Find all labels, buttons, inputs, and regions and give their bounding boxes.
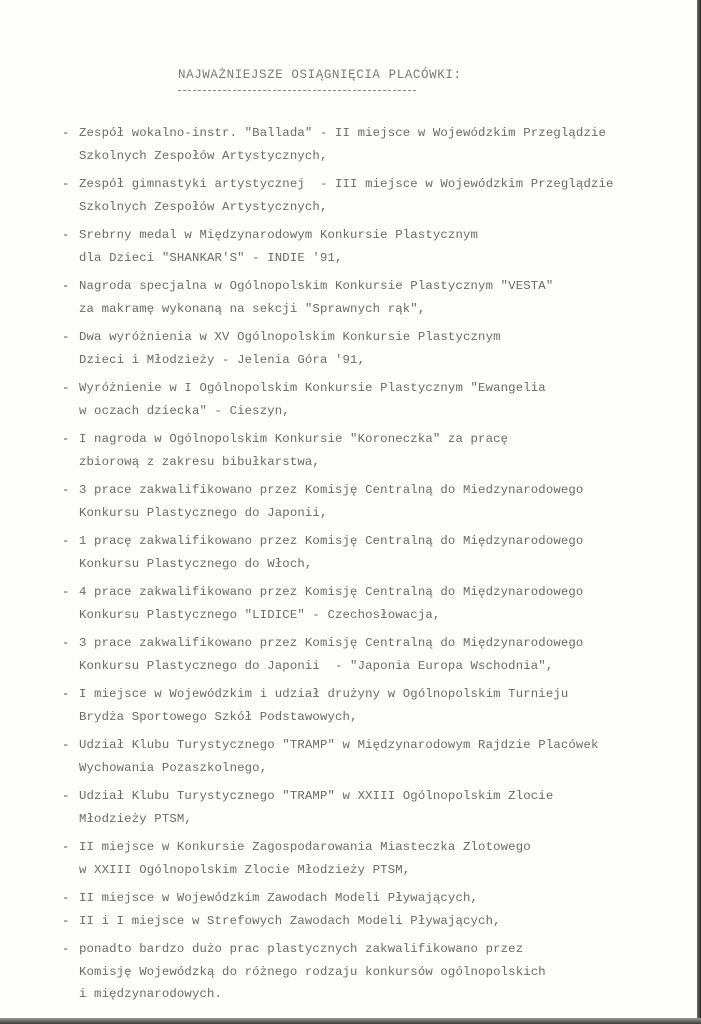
bullet-dash: -	[62, 938, 70, 961]
achievement-line: Wyróżnienie w I Ogólnopolskim Konkursie …	[79, 377, 682, 400]
document-page: NAJWAŻNIEJSZE OSIĄGNIĘCIA PLACÓWKI: -Zes…	[0, 0, 697, 1018]
bullet-dash: -	[62, 734, 70, 757]
achievement-line: Komisję Wojewódzką do różnego rodzaju ko…	[79, 961, 682, 984]
achievement-item: -3 prace zakwalifikowano przez Komisję C…	[62, 632, 682, 677]
achievement-item: -ponadto bardzo dużo prac plastycznych z…	[62, 938, 682, 1006]
bullet-dash: -	[62, 910, 70, 933]
achievement-line: i międzynarodowych.	[79, 983, 682, 1006]
achievement-line: I miejsce w Wojewódzkim i udział drużyny…	[79, 683, 682, 706]
achievement-line: Dzieci i Młodzieży - Jelenia Góra '91,	[79, 349, 682, 372]
achievement-line: w XXIII Ogólnopolskim Zlocie Młodzieży P…	[79, 859, 682, 882]
achievement-line: Brydża Sportowego Szkół Podstawowych,	[79, 706, 682, 729]
bullet-dash: -	[62, 122, 70, 145]
achievement-item: -I miejsce w Wojewódzkim i udział drużyn…	[62, 683, 682, 728]
achievement-line: Zespół wokalno-instr. "Ballada" - II mie…	[79, 122, 682, 145]
achievement-line: Dwa wyróżnienia w XV Ogólnopolskim Konku…	[79, 326, 682, 349]
achievement-item: -II i I miejsce w Strefowych Zawodach Mo…	[62, 910, 682, 933]
achievement-line: za makramę wykonaną na sekcji "Sprawnych…	[79, 298, 682, 321]
achievement-line: 4 prace zakwalifikowano przez Komisję Ce…	[79, 581, 682, 604]
achievement-item: -II miejsce w Konkursie Zagospodarowania…	[62, 836, 682, 881]
achievement-line: Szkolnych Zespołów Artystycznych,	[79, 196, 682, 219]
bullet-dash: -	[62, 377, 70, 400]
achievement-line: Wychowania Pozaszkolnego,	[79, 757, 682, 780]
bullet-dash: -	[62, 326, 70, 349]
achievement-item: -II miejsce w Wojewódzkim Zawodach Model…	[62, 887, 682, 910]
achievement-line: Zespół gimnastyki artystycznej - III mie…	[79, 173, 682, 196]
achievement-line: Nagroda specjalna w Ogólnopolskim Konkur…	[79, 275, 682, 298]
achievement-line: 3 prace zakwalifikowano przez Komisję Ce…	[79, 479, 682, 502]
achievement-line: I nagroda w Ogólnopolskim Konkursie "Kor…	[79, 428, 682, 451]
achievement-item: -3 prace zakwalifikowano przez Komisję C…	[62, 479, 682, 524]
achievement-item: -Dwa wyróżnienia w XV Ogólnopolskim Konk…	[62, 326, 682, 371]
achievement-line: II miejsce w Wojewódzkim Zawodach Modeli…	[79, 887, 682, 910]
achievement-item: -Nagroda specjalna w Ogólnopolskim Konku…	[62, 275, 682, 320]
bullet-dash: -	[62, 173, 70, 196]
title-underline	[178, 90, 416, 91]
bullet-dash: -	[62, 887, 70, 910]
achievement-line: Srebrny medal w Międzynarodowym Konkursi…	[79, 224, 682, 247]
achievement-line: Konkursu Plastycznego do Japonii,	[79, 502, 682, 525]
achievement-line: Konkursu Plastycznego do Włoch,	[79, 553, 682, 576]
bullet-dash: -	[62, 479, 70, 502]
bullet-dash: -	[62, 275, 70, 298]
bullet-dash: -	[62, 224, 70, 247]
achievement-line: Młodzieży PTSM,	[79, 808, 682, 831]
page-edge-bottom	[0, 1018, 701, 1024]
achievement-line: Szkolnych Zespołów Artystycznych,	[79, 145, 682, 168]
page-edge-right	[697, 0, 701, 1024]
achievements-list: -Zespół wokalno-instr. "Ballada" - II mi…	[62, 122, 682, 1012]
achievement-line: Udział Klubu Turystycznego "TRAMP" w Mię…	[79, 734, 682, 757]
achievement-line: 1 pracę zakwalifikowano przez Komisję Ce…	[79, 530, 682, 553]
bullet-dash: -	[62, 683, 70, 706]
achievement-line: Konkursu Plastycznego do Japonii - "Japo…	[79, 655, 682, 678]
achievement-line: zbiorową z zakresu bibułkarstwa,	[79, 451, 682, 474]
document-title: NAJWAŻNIEJSZE OSIĄGNIĘCIA PLACÓWKI:	[178, 68, 462, 82]
achievement-item: -Srebrny medal w Międzynarodowym Konkurs…	[62, 224, 682, 269]
bullet-dash: -	[62, 530, 70, 553]
bullet-dash: -	[62, 785, 70, 808]
achievement-line: Udział Klubu Turystycznego "TRAMP" w XXI…	[79, 785, 682, 808]
achievement-item: -Udział Klubu Turystycznego "TRAMP" w XX…	[62, 785, 682, 830]
achievement-line: II i I miejsce w Strefowych Zawodach Mod…	[79, 910, 682, 933]
achievement-item: -Zespół wokalno-instr. "Ballada" - II mi…	[62, 122, 682, 167]
achievement-item: -Udział Klubu Turystycznego "TRAMP" w Mi…	[62, 734, 682, 779]
bullet-dash: -	[62, 428, 70, 451]
achievement-line: dla Dzieci "SHANKAR'S" - INDIE '91,	[79, 247, 682, 270]
bullet-dash: -	[62, 632, 70, 655]
achievement-line: Konkursu Plastycznego "LIDICE" - Czechos…	[79, 604, 682, 627]
achievement-item: -Wyróżnienie w I Ogólnopolskim Konkursie…	[62, 377, 682, 422]
achievement-line: 3 prace zakwalifikowano przez Komisję Ce…	[79, 632, 682, 655]
achievement-item: -1 pracę zakwalifikowano przez Komisję C…	[62, 530, 682, 575]
achievement-line: w oczach dziecka" - Cieszyn,	[79, 400, 682, 423]
achievement-line: II miejsce w Konkursie Zagospodarowania …	[79, 836, 682, 859]
bullet-dash: -	[62, 581, 70, 604]
bullet-dash: -	[62, 836, 70, 859]
achievement-line: ponadto bardzo dużo prac plastycznych za…	[79, 938, 682, 961]
achievement-item: -Zespół gimnastyki artystycznej - III mi…	[62, 173, 682, 218]
achievement-item: -I nagroda w Ogólnopolskim Konkursie "Ko…	[62, 428, 682, 473]
achievement-item: -4 prace zakwalifikowano przez Komisję C…	[62, 581, 682, 626]
